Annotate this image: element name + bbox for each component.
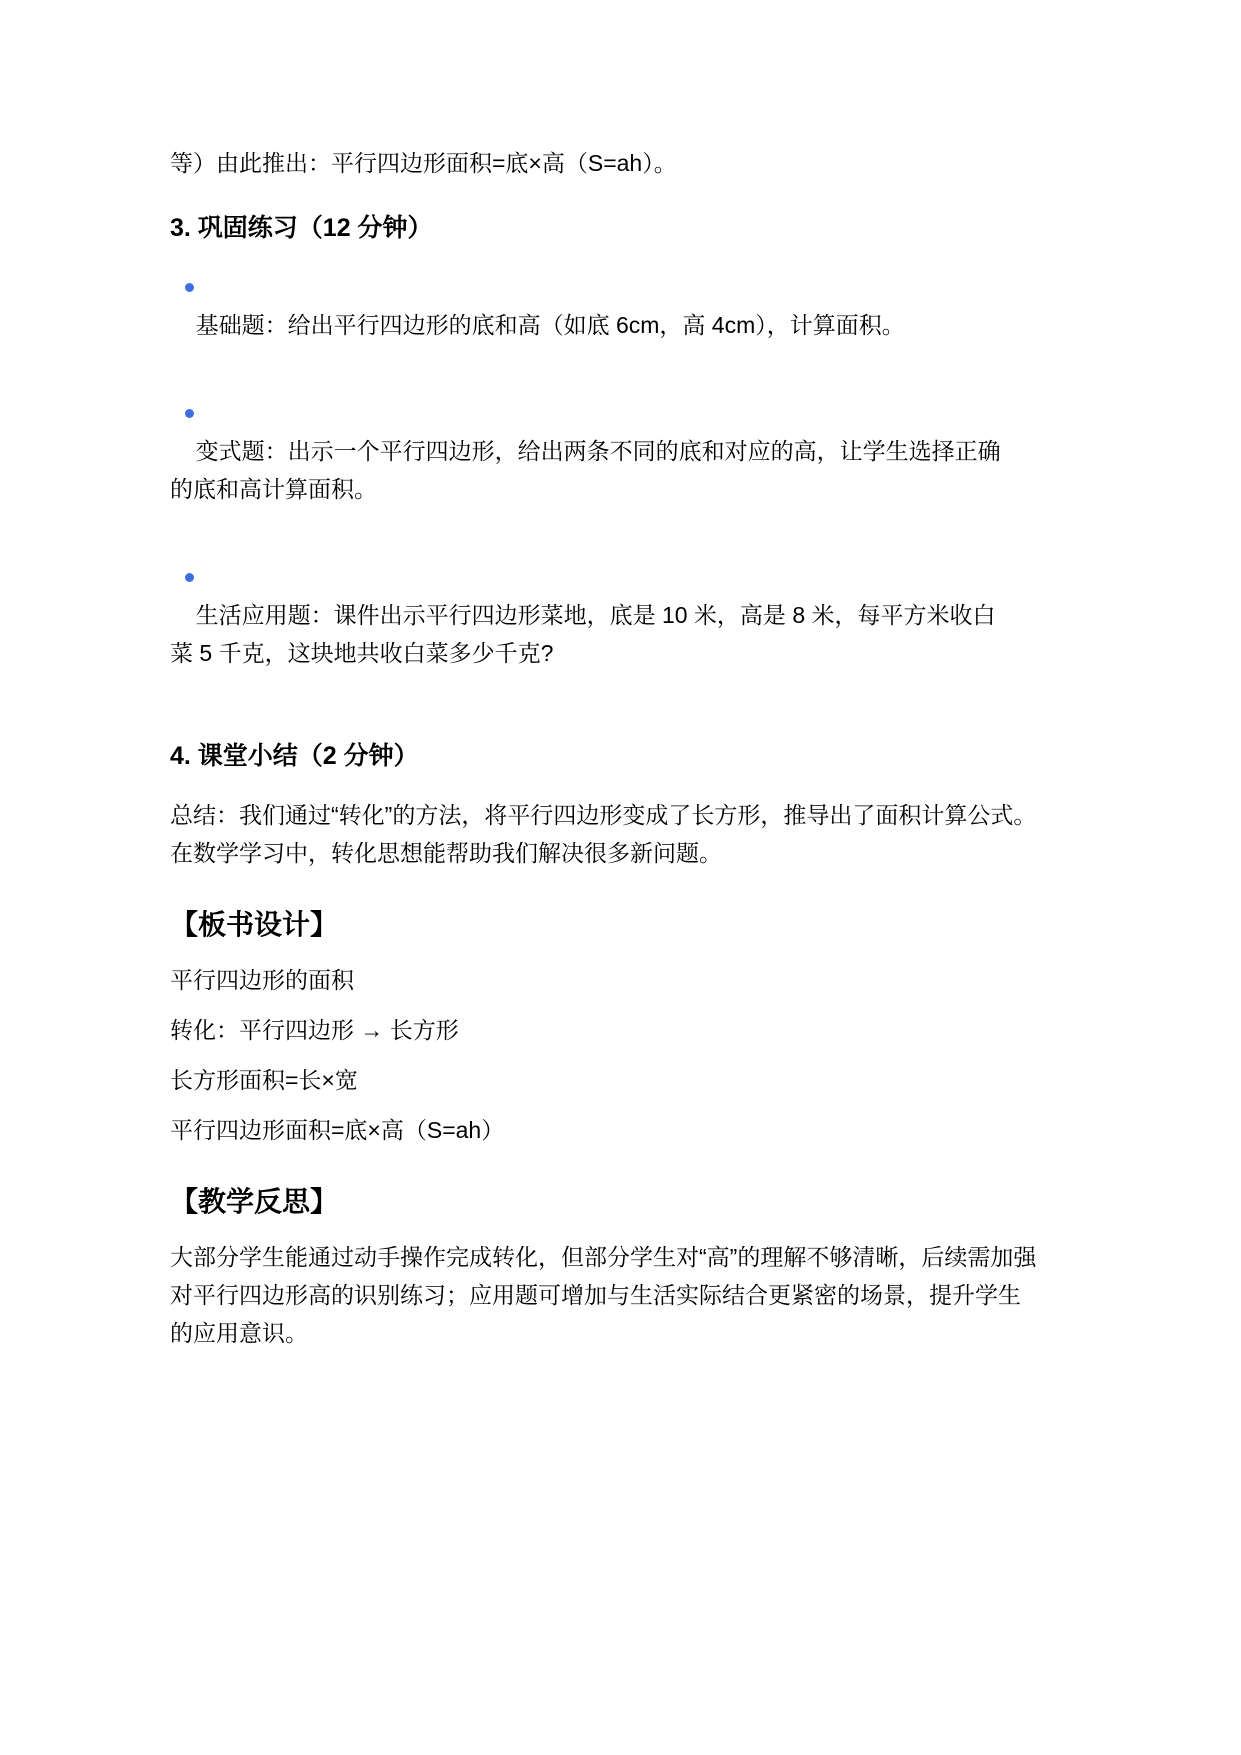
bullet-icon <box>185 409 194 418</box>
board-line-transform: 转化：平行四边形 → 长方形 <box>170 1011 1071 1049</box>
list-item-life-application-question: 生活应用题：课件出示平行四边形菜地，底是 10 米，高是 8 米，每平方米收白 … <box>170 558 1071 710</box>
summary-section-heading: 4. 课堂小结（2 分钟） <box>170 738 1071 774</box>
list-item-text: 基础题：给出平行四边形的底和高（如底 6cm，高 4cm），计算面积。 <box>196 312 905 338</box>
list-item-text: 生活应用题：课件出示平行四边形菜地，底是 10 米，高是 8 米，每平方米收白 … <box>170 602 996 666</box>
list-item-variant-question: 变式题：出示一个平行四边形，给出两条不同的底和对应的高，让学生选择正确 的底和高… <box>170 394 1071 546</box>
board-line-title: 平行四边形的面积 <box>170 961 1071 999</box>
bullet-icon <box>185 283 194 292</box>
document-page: 等）由此推出：平行四边形面积=底×高（S=ah）。 3. 巩固练习（12 分钟）… <box>0 0 1241 1755</box>
reflection-paragraph: 大部分学生能通过动手操作完成转化，但部分学生对“高”的理解不够清晰，后续需加强 … <box>170 1238 1071 1352</box>
practice-section-heading: 3. 巩固练习（12 分钟） <box>170 210 1071 246</box>
summary-paragraph: 总结：我们通过“转化”的方法，将平行四边形变成了长方形，推导出了面积计算公式。 … <box>170 796 1071 872</box>
board-line-rectangle-formula: 长方形面积=长×宽 <box>170 1061 1071 1099</box>
list-item-basic-question: 基础题：给出平行四边形的底和高（如底 6cm，高 4cm），计算面积。 <box>170 268 1071 382</box>
board-line-parallelogram-formula: 平行四边形面积=底×高（S=ah） <box>170 1111 1071 1149</box>
bullet-icon <box>185 573 194 582</box>
intro-paragraph: 等）由此推出：平行四边形面积=底×高（S=ah）。 <box>170 144 1071 182</box>
list-item-text: 变式题：出示一个平行四边形，给出两条不同的底和对应的高，让学生选择正确 的底和高… <box>170 438 1001 502</box>
board-design-heading: 【板书设计】 <box>170 904 1071 946</box>
reflection-heading: 【教学反思】 <box>170 1181 1071 1223</box>
